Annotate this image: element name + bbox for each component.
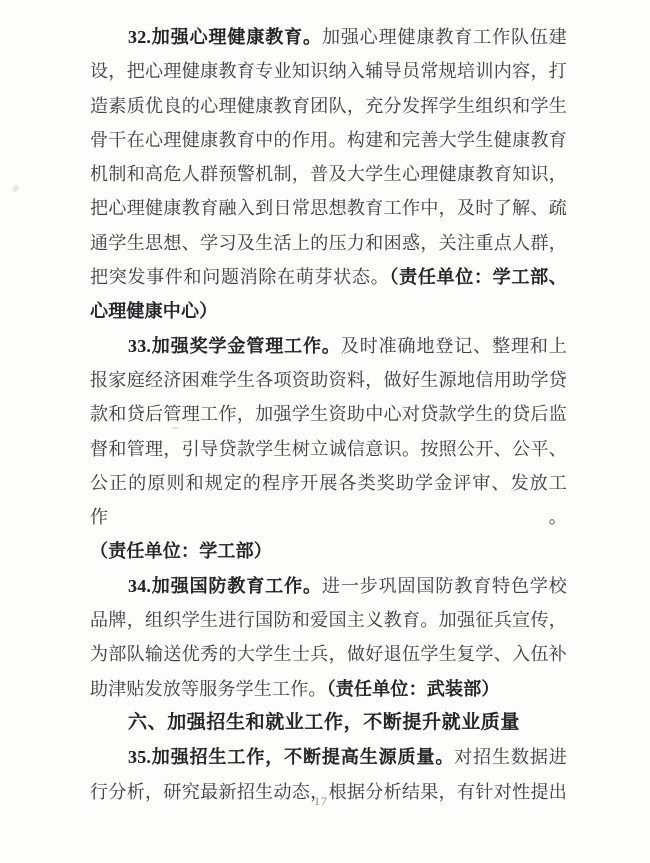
text-line: 33.加强奖学金管理工作。及时准确地登记、整理和上 (90, 329, 567, 363)
scan-artifact (11, 184, 19, 193)
text-line: 督和管理，引导贷款学生树立诚信意识。按照公开、公平、 (90, 432, 567, 466)
text-line: 通学生思想、学习及生活上的压力和困惑，关注重点人群， (90, 226, 567, 260)
text-segment: 督和管理，引导贷款学生树立诚信意识。按照公开、公平、 (90, 439, 567, 459)
text-line: 心理健康中心） (90, 294, 567, 328)
text-segment: （责任单位：武装部） (327, 679, 500, 699)
text-segment: 进一步巩固国防教育特色学校 (322, 576, 567, 596)
page-number: 17 (0, 794, 642, 809)
text-line: 品牌，组织学生进行国防和爱国主义教育。加强征兵宣传， (90, 603, 567, 637)
text-line: （责任单位：学工部） (90, 534, 567, 568)
text-line: 助津贴发放等服务学生工作。（责任单位：武装部） (90, 672, 567, 706)
text-line: 机制和高危人群预警机制，普及大学生心理健康教育知识， (90, 157, 567, 191)
text-segment: 通学生思想、学习及生活上的压力和困惑，关注重点人群， (90, 233, 567, 253)
text-segment: 心理健康中心） (90, 301, 217, 321)
text-line: 把突发事件和问题消除在萌芽状态。（责任单位：学工部、 (90, 260, 567, 294)
text-segment: 35.加强招生工作，不断提高生源质量。 (128, 747, 454, 767)
text-line: 公正的原则和规定的程序开展各类奖助学金评审、发放工作。 (90, 466, 567, 535)
text-line: 款和贷后管理工作，加强学生资助中心对贷款学生的贷后监 (90, 397, 567, 431)
text-segment: 款和贷后管理工作，加强学生资助中心对贷款学生的贷后监 (90, 404, 567, 424)
text-segment: （责任单位：学工部） (90, 541, 272, 561)
text-segment: 把突发事件和问题消除在萌芽状态。 (90, 267, 389, 287)
text-segment: 设，把心理健康教育专业知识纳入辅导员常规培训内容，打 (90, 61, 567, 81)
text-segment: 对招生数据进 (454, 747, 567, 767)
text-line: 为部队输送优秀的大学生士兵，做好退伍学生复学、入伍补 (90, 637, 567, 671)
document-body: 32.加强心理健康教育。加强心理健康教育工作队伍建设，把心理健康教育专业知识纳入… (90, 20, 567, 809)
text-segment: 机制和高危人群预警机制，普及大学生心理健康教育知识， (90, 164, 567, 184)
text-segment: 造素质优良的心理健康教育团队，充分发挥学生组织和学生 (90, 96, 567, 116)
text-segment: 品牌，组织学生进行国防和爱国主义教育。加强征兵宣传， (90, 610, 567, 630)
text-line: 34.加强国防教育工作。进一步巩固国防教育特色学校 (90, 569, 567, 603)
text-line: 六、加强招生和就业工作，不断提升就业质量 (90, 706, 567, 740)
text-segment: 骨干在心理健康教育中的作用。构建和完善大学生健康教育 (90, 130, 567, 150)
text-segment: 33.加强奖学金管理工作。 (128, 336, 341, 356)
text-segment: 为部队输送优秀的大学生士兵，做好退伍学生复学、入伍补 (90, 644, 567, 664)
text-segment: 及时准确地登记、整理和上 (341, 336, 567, 356)
text-segment: （责任单位：学工部、 (389, 267, 567, 287)
text-segment: 公正的原则和规定的程序开展各类奖助学金评审、发放工作。 (90, 473, 567, 527)
text-line: 报家庭经济困难学生各项资助资料，做好生源地信用助学贷 (90, 363, 567, 397)
text-line: 把心理健康教育融入到日常思想教育工作中，及时了解、疏 (90, 191, 567, 225)
text-segment: 六、加强招生和就业工作，不断提升就业质量 (128, 712, 520, 733)
text-line: 32.加强心理健康教育。加强心理健康教育工作队伍建 (90, 20, 567, 54)
text-line: 35.加强招生工作，不断提高生源质量。对招生数据进 (90, 740, 567, 774)
text-segment: 加强心理健康教育工作队伍建 (322, 27, 567, 47)
text-segment: 报家庭经济困难学生各项资助资料，做好生源地信用助学贷 (90, 370, 567, 390)
text-segment: 把心理健康教育融入到日常思想教育工作中，及时了解、疏 (90, 198, 567, 218)
text-line: 设，把心理健康教育专业知识纳入辅导员常规培训内容，打 (90, 54, 567, 88)
text-line: 骨干在心理健康教育中的作用。构建和完善大学生健康教育 (90, 123, 567, 157)
text-segment: 34.加强国防教育工作。 (128, 576, 322, 596)
document-page: 32.加强心理健康教育。加强心理健康教育工作队伍建设，把心理健康教育专业知识纳入… (0, 0, 650, 863)
text-segment: 助津贴发放等服务学生工作。 (90, 679, 327, 699)
text-line: 造素质优良的心理健康教育团队，充分发挥学生组织和学生 (90, 89, 567, 123)
text-segment: 32.加强心理健康教育。 (128, 27, 322, 47)
